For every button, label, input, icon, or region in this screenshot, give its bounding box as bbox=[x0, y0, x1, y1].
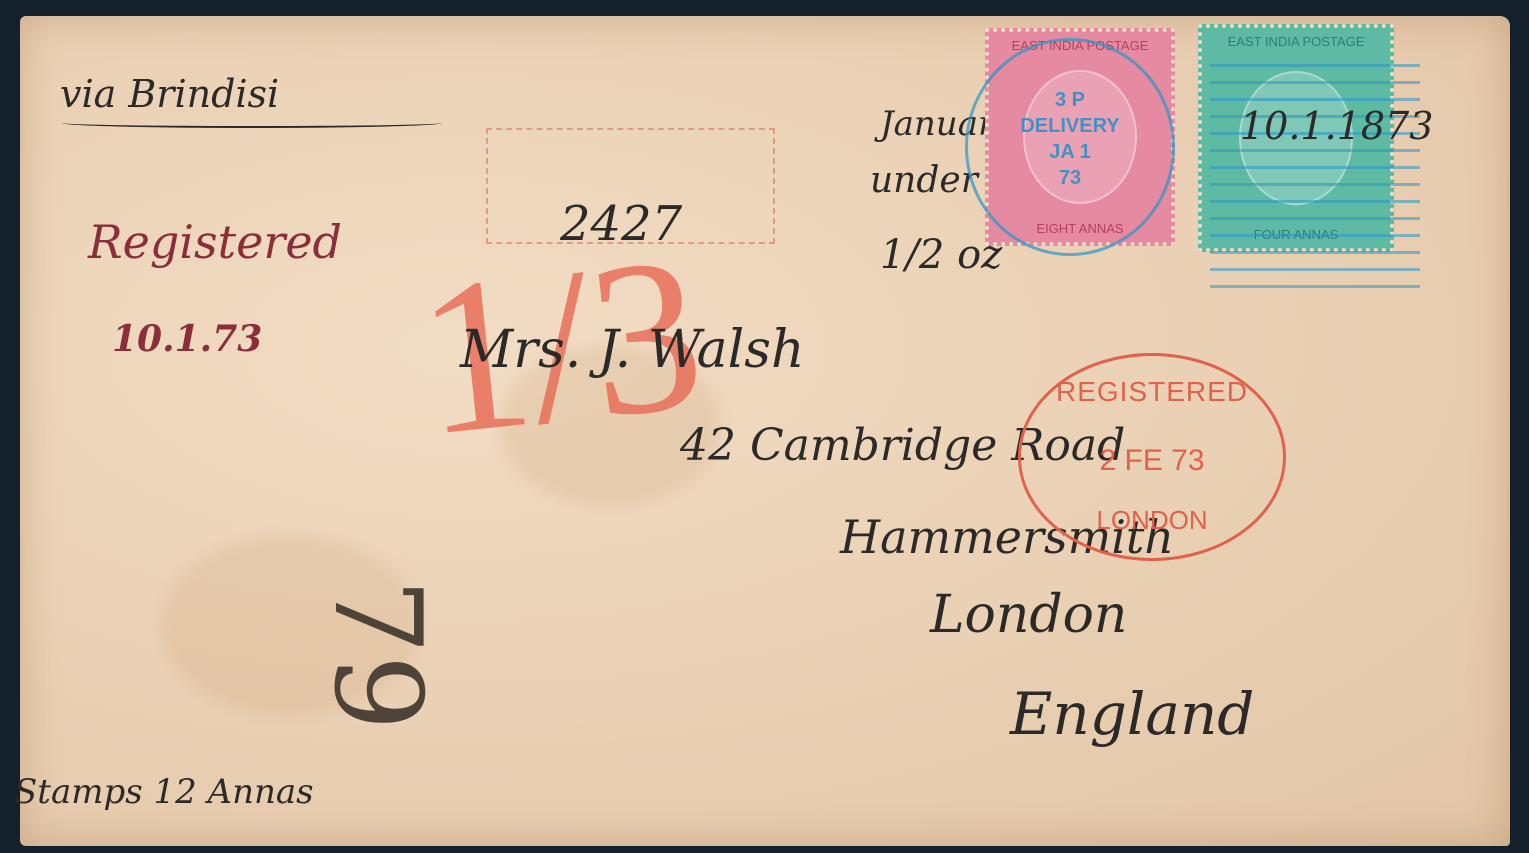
cds-date: JA 1 bbox=[968, 139, 1172, 165]
stamp-total-note: Stamps 12 Annas bbox=[14, 772, 314, 812]
blue-circular-datestamp: 3 P DELIVERY JA 1 73 bbox=[965, 38, 1175, 256]
address-country: England bbox=[1010, 680, 1254, 748]
weight-note: 1/2 oz bbox=[880, 232, 1002, 278]
oval-date: 2 FE 73 bbox=[1021, 444, 1283, 478]
cds-year: 73 bbox=[968, 165, 1172, 191]
stamp-top-text: EAST INDIA POSTAGE bbox=[1228, 34, 1365, 49]
route-underline bbox=[62, 118, 442, 128]
addressee-name: Mrs. J. Walsh bbox=[460, 320, 804, 380]
registered-inscription: Registered bbox=[88, 215, 342, 269]
side-number: 79 bbox=[307, 578, 446, 731]
cds-label: DELIVERY bbox=[968, 113, 1172, 139]
red-registered-oval-postmark: REGISTERED 2 FE 73 LONDON bbox=[1018, 353, 1286, 561]
barred-obliterator-cancel bbox=[1210, 50, 1420, 290]
registration-number: 2427 bbox=[560, 196, 682, 252]
cds-time: 3 P bbox=[968, 87, 1172, 113]
oval-top-text: REGISTERED bbox=[1021, 376, 1283, 408]
registered-date: 10.1.73 bbox=[112, 318, 262, 360]
route-inscription: via Brindisi bbox=[60, 72, 279, 116]
transit-note: under bbox=[870, 160, 978, 201]
written-date: 10.1.1873 bbox=[1240, 104, 1433, 148]
oval-bottom-text: LONDON bbox=[1021, 505, 1283, 536]
address-city: London bbox=[930, 585, 1127, 645]
